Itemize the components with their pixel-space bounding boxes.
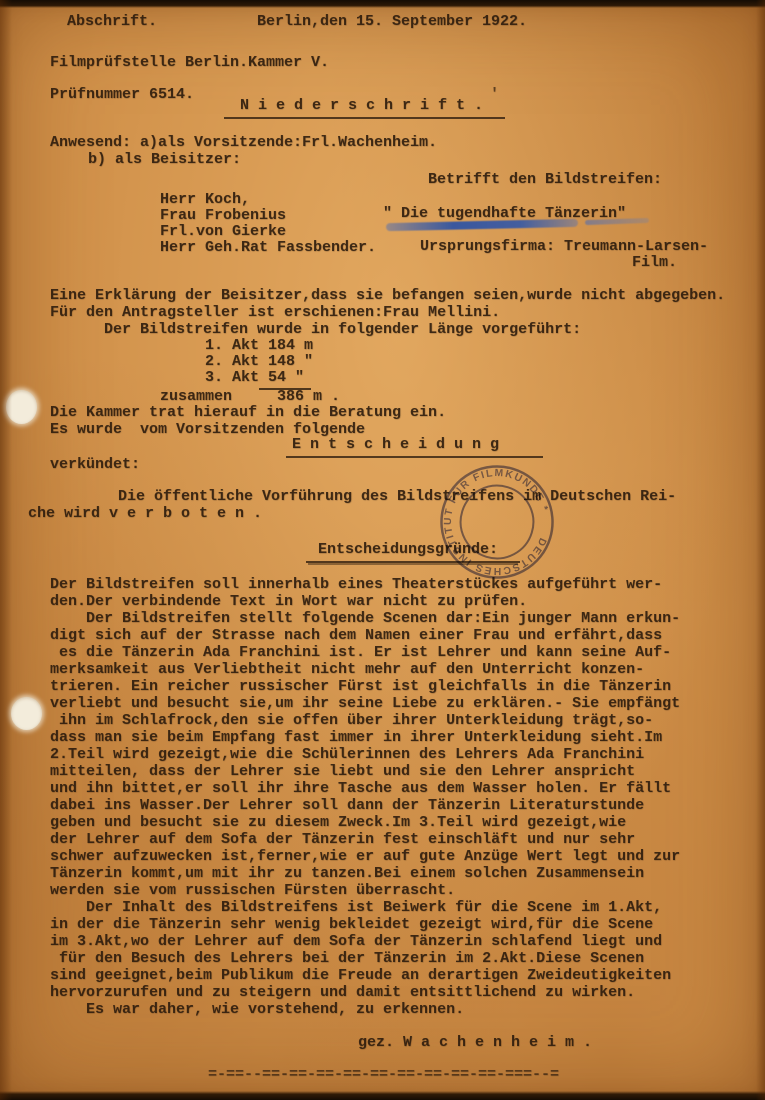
verdict-paragraph: Die öffentliche Vorführung des Bildstrei… xyxy=(28,488,676,522)
subject-label: Betrifft den Bildstreifen: xyxy=(428,171,662,188)
document-title: N i e d e r s c h r i f t . xyxy=(224,97,505,119)
archive-stamp: DEUTSCHES INSTITUT FÜR FILMKUNDE * xyxy=(430,453,564,591)
scan-edge-right xyxy=(756,0,765,1100)
total-length: zusammen 386 m . xyxy=(160,388,340,405)
scan-edge-top xyxy=(0,0,765,8)
signature-line: gez. W a c h e n h e i m . xyxy=(358,1034,592,1051)
act3-value-underlined: 54 " xyxy=(259,369,311,390)
act1-length: 1. Akt 184 m xyxy=(205,338,313,354)
blue-pencil-underline-tail xyxy=(585,218,649,225)
act3-label: 3. Akt xyxy=(205,369,259,386)
origin-company-line1: Ursprungsfirma: Treumann-Larsen- xyxy=(420,238,708,255)
announced-label: verkündet: xyxy=(50,456,140,473)
attendance-line-a: Anwesend: a)als Vorsitzende:Frl.Wachenhe… xyxy=(50,134,437,151)
deliberation-lines: Die Kammer trat hierauf in die Beratung … xyxy=(50,404,446,438)
scan-edge-bottom xyxy=(0,1091,765,1100)
stamp-text: DEUTSCHES INSTITUT FÜR FILMKUNDE * xyxy=(430,454,564,589)
origin-company-line2: Film. xyxy=(632,254,677,271)
file-number: Prüfnummer 6514. xyxy=(50,86,194,103)
svg-text:DEUTSCHES INSTITUT FÜR FILMKUN: DEUTSCHES INSTITUT FÜR FILMKUNDE * xyxy=(430,454,564,589)
scan-edge-left xyxy=(0,0,12,1100)
typed-separator: =-==--==-==-==-==-==-==-==-==-==-===--= xyxy=(208,1066,559,1083)
attendee-list: Herr Koch, Frau Frobenius Frl.von Gierke… xyxy=(160,192,376,256)
copy-label: Abschrift. xyxy=(67,13,157,30)
scanned-paper: Abschrift. Berlin,den 15. September 1922… xyxy=(0,0,765,1100)
dateline: Berlin,den 15. September 1922. xyxy=(257,13,527,30)
reasons-body: Der Bildstreifen soll innerhalb eines Th… xyxy=(50,576,680,1018)
office-name: Filmprüfstelle Berlin.Kammer V. xyxy=(50,54,329,71)
hole-punch-bottom xyxy=(11,697,42,730)
act2-length: 2. Akt 148 " xyxy=(205,354,313,370)
attendance-line-b: b) als Beisitzer: xyxy=(88,151,241,168)
intro-paragraph: Eine Erklärung der Beisitzer,dass sie be… xyxy=(50,287,725,338)
act3-length: 3. Akt 54 " xyxy=(205,370,311,386)
title-mark: ' xyxy=(490,86,499,103)
